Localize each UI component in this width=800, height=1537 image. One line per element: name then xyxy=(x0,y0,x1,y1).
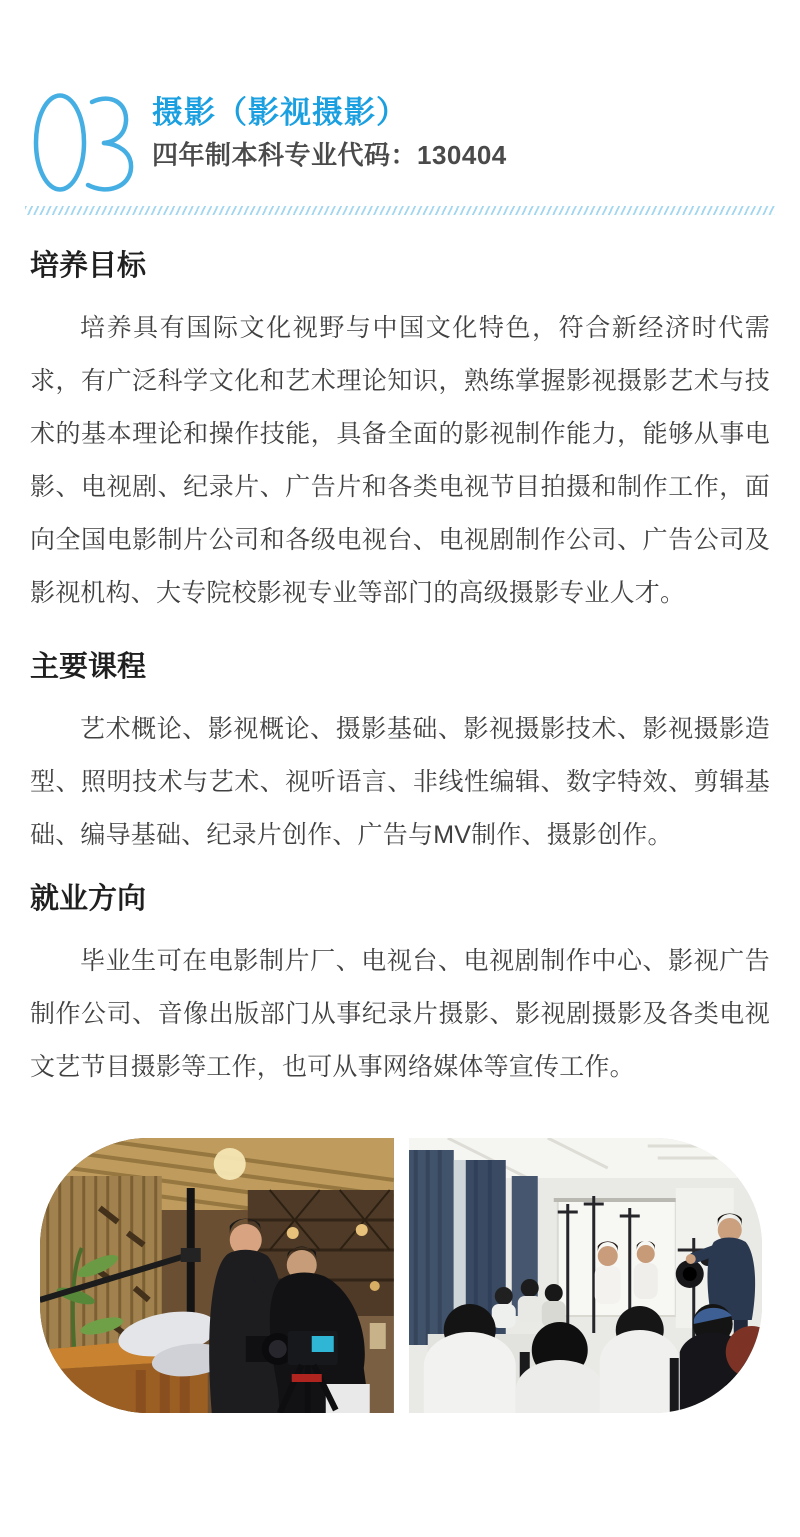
section-heading: 培养目标 xyxy=(30,250,770,283)
content: 培养目标 培养具有国际文化视野与中国文化特色，符合新经济时代需求，有广泛科学文化… xyxy=(30,250,770,1094)
section-body: 艺术概论、影视概论、摄影基础、影视摄影技术、影视摄影造型、照明技术与艺术、视听语… xyxy=(30,703,770,862)
major-code: 四年制本科专业代码：130404 xyxy=(152,139,507,171)
section-career-direction: 就业方向 毕业生可在电影制片厂、电视台、电视剧制作中心、影视广告制作公司、音像出… xyxy=(30,883,770,1094)
section-heading: 主要课程 xyxy=(30,651,770,684)
section-number-art xyxy=(33,92,139,193)
photo-row xyxy=(40,1138,762,1413)
hatched-divider xyxy=(25,206,775,215)
studio-scene-art xyxy=(409,1138,763,1413)
section-body: 毕业生可在电影制片厂、电视台、电视剧制作中心、影视广告制作公司、音像出版部门从事… xyxy=(30,935,770,1094)
studio-class-photo xyxy=(409,1138,763,1413)
filming-scene-art xyxy=(40,1138,394,1413)
section-training-goal: 培养目标 培养具有国际文化视野与中国文化特色，符合新经济时代需求，有广泛科学文化… xyxy=(30,250,770,620)
major-title: 摄影（影视摄影） xyxy=(152,95,507,131)
section-number: 03 xyxy=(33,92,139,193)
brochure-page: 03 摄影（影视摄影） 四年制本科专业代码：130404 培养目标 培养具有国际… xyxy=(0,0,800,1537)
section-heading: 就业方向 xyxy=(30,883,770,916)
section-body: 培养具有国际文化视野与中国文化特色，符合新经济时代需求，有广泛科学文化和艺术理论… xyxy=(30,302,770,620)
section-main-courses: 主要课程 艺术概论、影视概论、摄影基础、影视摄影技术、影视摄影造型、照明技术与艺… xyxy=(30,651,770,862)
header-text: 摄影（影视摄影） 四年制本科专业代码：130404 xyxy=(152,92,507,171)
section-header: 03 摄影（影视摄影） 四年制本科专业代码：130404 xyxy=(0,0,800,193)
filming-practice-photo xyxy=(40,1138,394,1413)
